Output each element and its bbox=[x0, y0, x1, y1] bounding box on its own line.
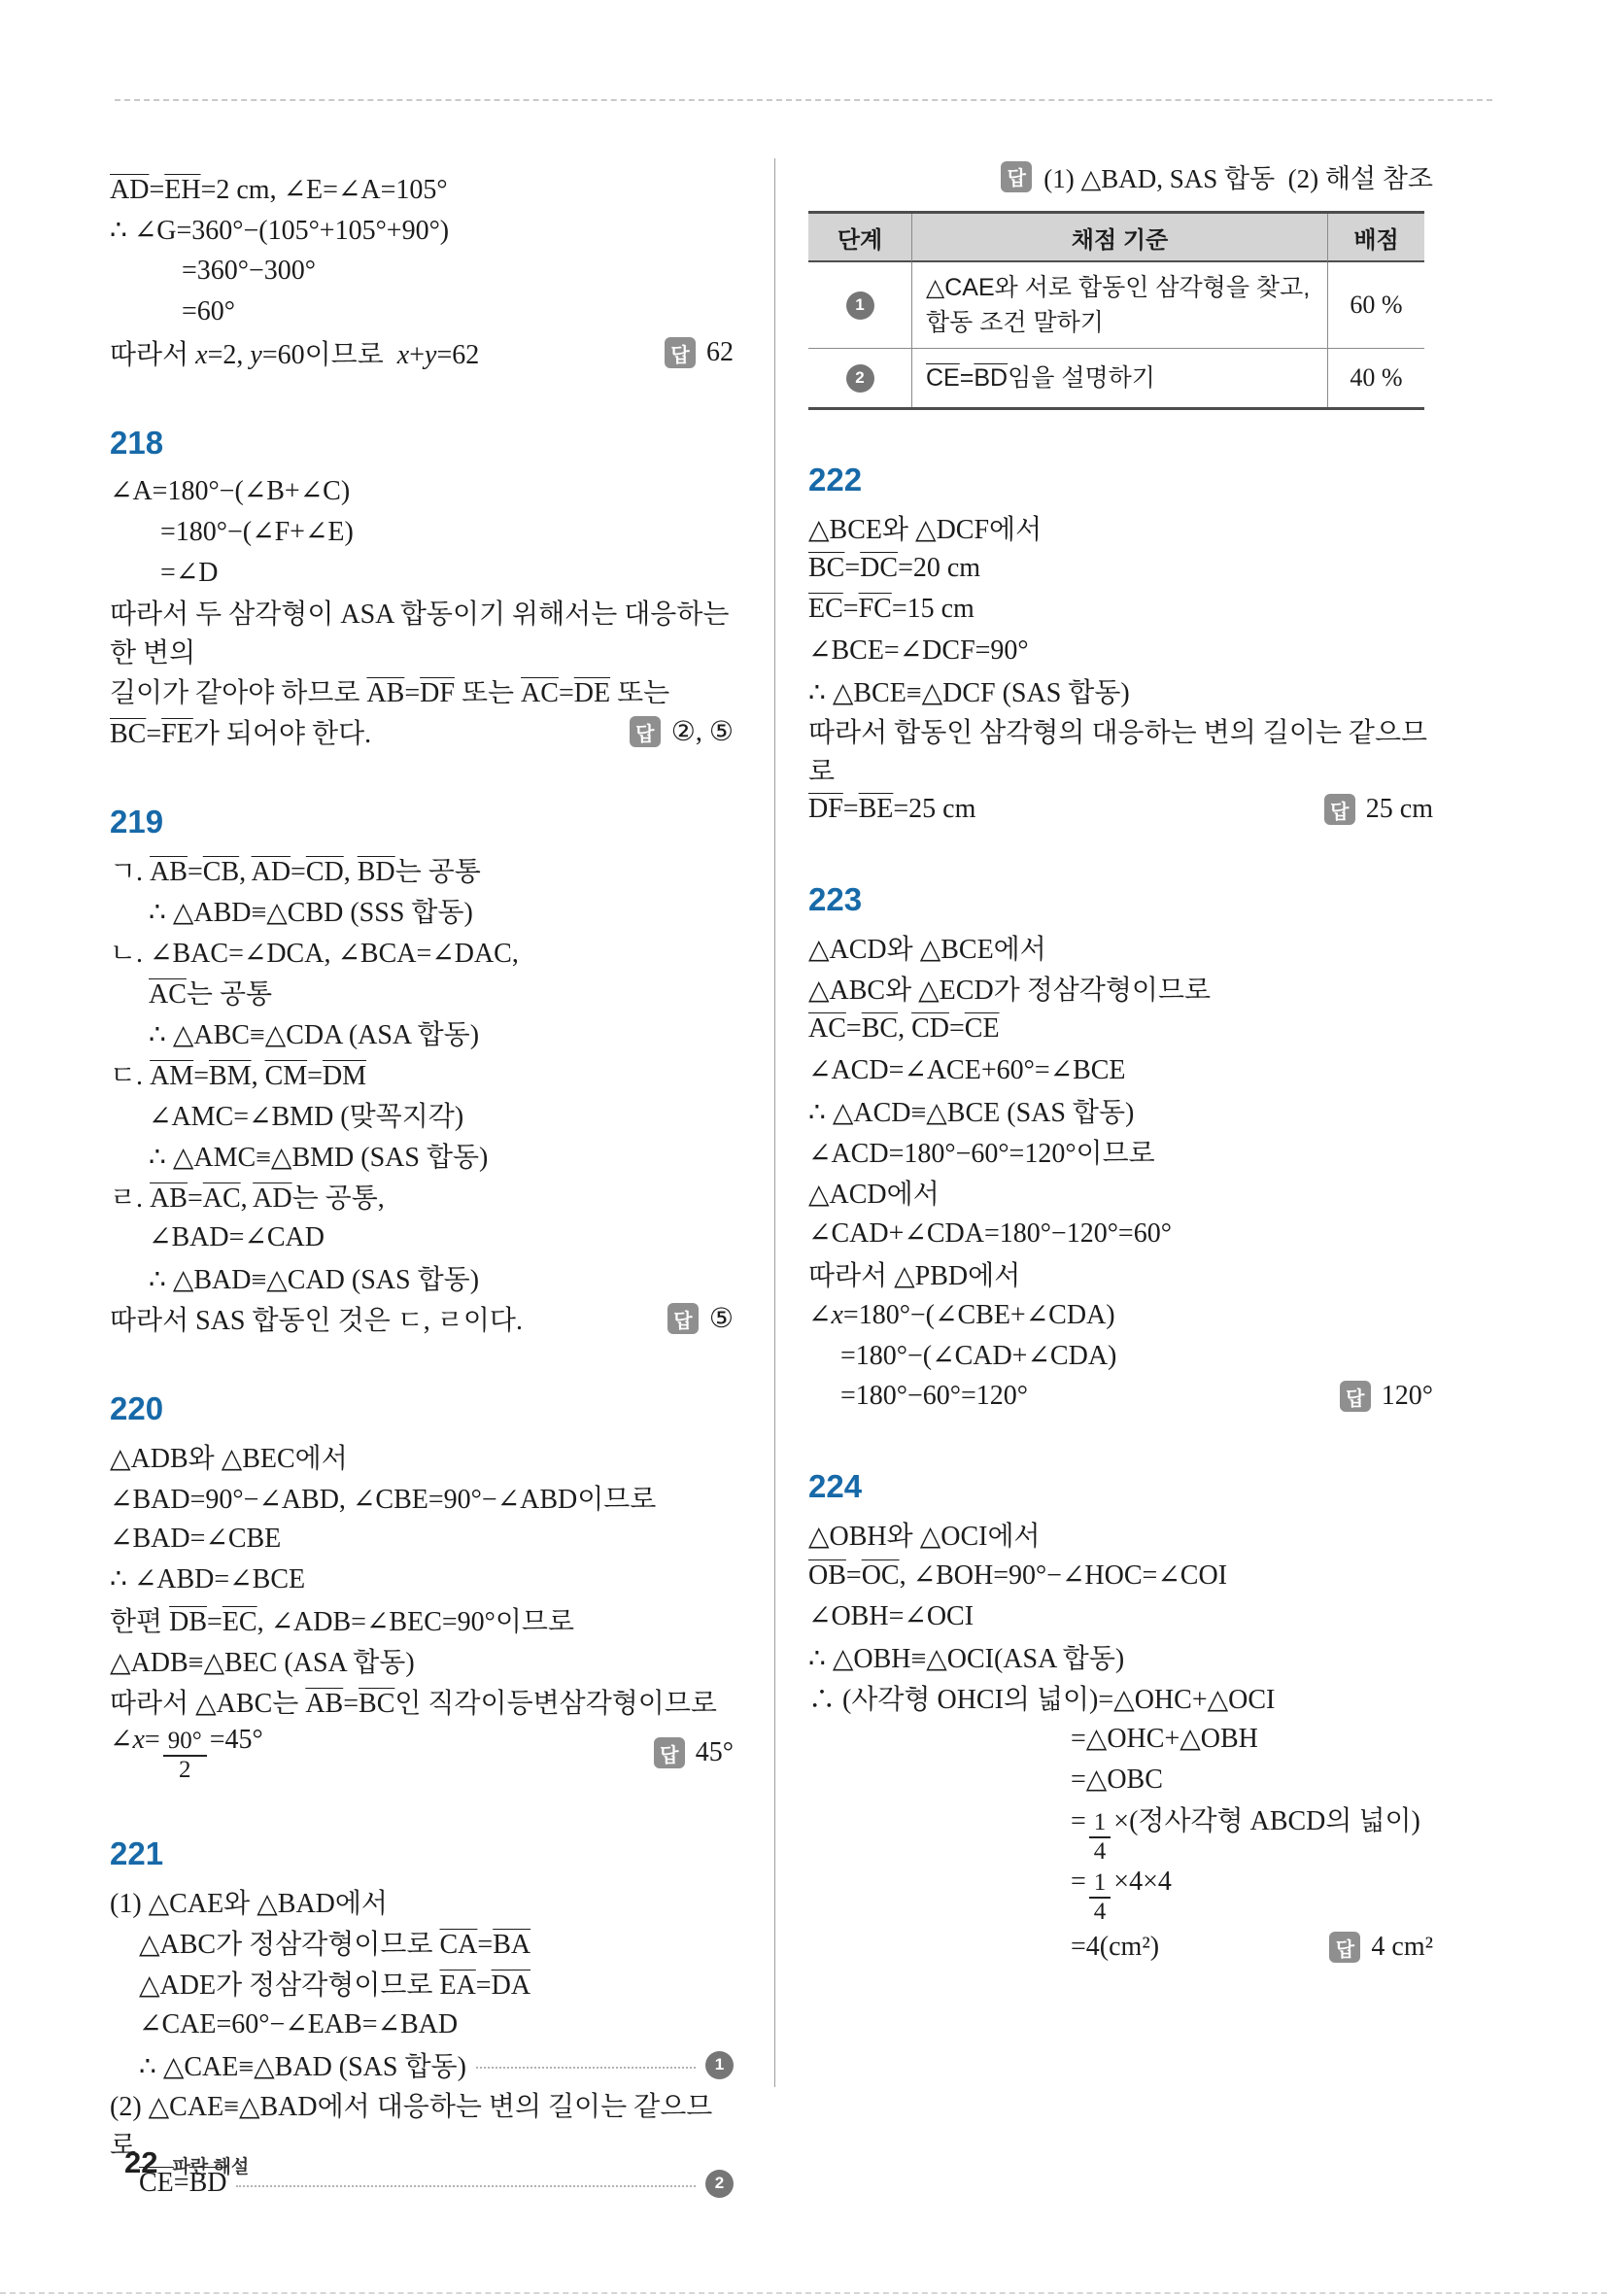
page-footer: 22 파란 해설 bbox=[124, 2145, 249, 2180]
solution-line: =180°−(∠CAD+∠CDA) bbox=[840, 1335, 1433, 1376]
answer: 답4 cm² bbox=[1329, 1932, 1433, 1963]
answer-value: ②, ⑤ bbox=[671, 715, 734, 748]
math-text: ∴ △BCE≡△DCF (SAS 합동) bbox=[808, 671, 1130, 710]
solution-line: ㄷ. AM=BM, CM=DM bbox=[110, 1053, 734, 1094]
overline-segment: BM bbox=[209, 1061, 252, 1091]
answer-value: 45° bbox=[696, 1737, 734, 1768]
math-text: ∠BCE=∠DCF=90° bbox=[808, 634, 1029, 667]
solution-line: ∠A=180°−(∠B+∠C) bbox=[110, 470, 734, 511]
overline-segment: AB bbox=[305, 1689, 343, 1719]
math-text: ∴ △CAE≡△BAD (SAS 합동) bbox=[139, 2045, 466, 2084]
math-text: ∠x=90°2=45° bbox=[110, 1723, 263, 1783]
solution-line: ∴ △ABD≡△CBD (SSS 합동) bbox=[149, 890, 734, 931]
problem-221-answer-line: 답 (1) △BAD, SAS 합동 (2) 해설 참조 bbox=[808, 157, 1433, 195]
math-text: OB=OC, ∠BOH=90°−∠HOC=∠COI bbox=[808, 1559, 1227, 1592]
left-column: AD=EH=2 cm, ∠E=∠A=105°∴ ∠G=360°−(105°+10… bbox=[110, 154, 734, 2204]
math-variable: x bbox=[831, 1300, 842, 1330]
math-text: BC=DC=20 cm bbox=[808, 553, 980, 584]
solution-line: ∴ △BAD≡△CAD (SAS 합동) bbox=[149, 1257, 734, 1298]
math-variable: y bbox=[425, 340, 436, 370]
math-text: △ABC와 △ECD가 정삼각형이므로 bbox=[808, 969, 1211, 1008]
math-text: 길이가 같아야 하므로 AB=DF 또는 AC=DE 또는 bbox=[110, 671, 669, 710]
answer: 답120° bbox=[1340, 1381, 1433, 1412]
solution-line: ∴ ∠ABD=∠BCE bbox=[110, 1559, 734, 1599]
fraction: 14 bbox=[1089, 1809, 1111, 1865]
math-text: ∠BAD=∠CBE bbox=[110, 1522, 281, 1555]
overline-segment: CD bbox=[306, 857, 344, 887]
solution-line: =∠D bbox=[160, 552, 734, 593]
solution-line: 따라서 SAS 합동인 것은 ㄷ, ㄹ이다.답⑤ bbox=[110, 1298, 734, 1339]
math-text: ㄴ. ∠BAC=∠DCA, ∠BCA=∠DAC, bbox=[110, 932, 519, 971]
math-text: ∴ △ACD≡△BCE (SAS 합동) bbox=[808, 1091, 1134, 1130]
overline-segment: AB bbox=[150, 857, 188, 887]
fraction: 90°2 bbox=[163, 1728, 207, 1783]
answer-badge: 답 bbox=[654, 1737, 685, 1768]
overline-segment: CD bbox=[911, 1013, 949, 1044]
overline-segment: BE bbox=[859, 794, 894, 824]
solution-line: EC=FC=15 cm bbox=[808, 589, 1433, 630]
overline-segment: EA bbox=[439, 1970, 475, 2001]
answer-badge: 답 bbox=[1340, 1381, 1371, 1412]
overline-segment: BC bbox=[808, 553, 844, 583]
solution-line: △ABC가 정삼각형이므로 CA=BA bbox=[139, 1922, 734, 1963]
solution-line: =180°−60°=120°답120° bbox=[840, 1376, 1433, 1417]
solution-line: △ADE가 정삼각형이므로 EA=DA bbox=[139, 1963, 734, 2004]
solution-line: ∠x=180°−(∠CBE+∠CDA) bbox=[808, 1294, 1433, 1335]
solution-line: ∠CAD+∠CDA=180°−120°=60° bbox=[808, 1213, 1433, 1253]
solution-line: ∠OBH=∠OCI bbox=[808, 1595, 1433, 1636]
answer-value: 4 cm² bbox=[1371, 1932, 1433, 1963]
answer: 답45° bbox=[654, 1737, 734, 1768]
solution-line: ㄴ. ∠BAC=∠DCA, ∠BCA=∠DAC, bbox=[110, 931, 734, 972]
answer-text: (1) △BAD, SAS 합동 (2) 해설 참조 bbox=[1043, 157, 1433, 195]
overline-segment: AC bbox=[521, 678, 559, 708]
overline-segment: DE bbox=[574, 678, 610, 708]
overline-segment: BD bbox=[358, 857, 395, 887]
solution-line: ∴ (사각형 OHCI의 넓이)=△OHC+△OCI bbox=[808, 1677, 1433, 1718]
column-divider bbox=[774, 158, 775, 2087]
problem-number: 221 bbox=[110, 1833, 734, 1875]
solution-line: 따라서 x=2, y=60이므로 x+y=62답62 bbox=[110, 332, 734, 373]
answer-value: ⑤ bbox=[709, 1302, 734, 1335]
math-text: △BCE와 △DCF에서 bbox=[808, 508, 1042, 547]
solution-line: ∠BAD=∠CBE bbox=[110, 1518, 734, 1559]
solution-line: ∴ △ABC≡△CDA (ASA 합동) bbox=[149, 1012, 734, 1053]
step-marker: 2 bbox=[846, 364, 874, 393]
math-text: ∴ ∠ABD=∠BCE bbox=[110, 1562, 305, 1595]
math-text: 따라서 △ABC는 AB=BC인 직각이등변삼각형이므로 bbox=[110, 1682, 717, 1721]
solution-line: ∠BAD=90°−∠ABD, ∠CBE=90°−∠ABD이므로 bbox=[110, 1477, 734, 1518]
math-text: ㄱ. AB=CB, AD=CD, BD는 공통 bbox=[110, 850, 481, 889]
overline-segment: AD bbox=[252, 857, 291, 887]
solution-line: =180°−(∠F+∠E) bbox=[160, 511, 734, 552]
problem-number: 223 bbox=[808, 878, 1433, 921]
overline-segment: OB bbox=[808, 1560, 846, 1591]
math-text: ∠AMC=∠BMD (맞꼭지각) bbox=[149, 1095, 463, 1134]
answer-value: 25 cm bbox=[1366, 794, 1433, 825]
solution-line: ∠AMC=∠BMD (맞꼭지각) bbox=[149, 1094, 734, 1135]
math-text: 따라서 x=2, y=60이므로 x+y=62 bbox=[110, 333, 479, 372]
solution-line: ㄱ. AB=CB, AD=CD, BD는 공통 bbox=[110, 849, 734, 890]
math-text: =14×4×4 bbox=[1071, 1867, 1172, 1925]
step-marker: 2 bbox=[705, 2170, 734, 2198]
grading-criteria-table: 단계채점 기준배점1△CAE와 서로 합동인 삼각형을 찾고, 합동 조건 말하… bbox=[808, 211, 1424, 410]
overline-segment: BA bbox=[493, 1930, 530, 1960]
table-header-1: 채점 기준 bbox=[911, 214, 1327, 262]
math-text: ∴ (사각형 OHCI의 넓이)=△OHC+△OCI bbox=[808, 1678, 1275, 1717]
math-text: 따라서 합동인 삼각형의 대응하는 변의 길이는 같으므로 bbox=[808, 711, 1433, 789]
answer: 답25 cm bbox=[1324, 794, 1433, 825]
answer-value: 120° bbox=[1382, 1381, 1433, 1412]
math-text: (1) △CAE와 △BAD에서 bbox=[110, 1882, 388, 1921]
overline-segment: DC bbox=[860, 553, 898, 583]
math-text: AC=BC, CD=CE bbox=[808, 1013, 1000, 1045]
overline-segment: AD bbox=[110, 175, 149, 205]
overline-segment: DM bbox=[323, 1061, 366, 1091]
overline-segment: CA bbox=[440, 1930, 478, 1960]
math-text: ∠BAD=∠CAD bbox=[149, 1220, 325, 1253]
table-points-cell: 40 % bbox=[1327, 348, 1424, 407]
math-text: DF=BE=25 cm bbox=[808, 794, 975, 825]
math-text: ∴ △ABC≡△CDA (ASA 합동) bbox=[149, 1013, 479, 1052]
solution-line: △ACD와 △BCE에서 bbox=[808, 927, 1433, 968]
solution-line: △ABC와 △ECD가 정삼각형이므로 bbox=[808, 968, 1433, 1009]
math-text: △ABC가 정삼각형이므로 CA=BA bbox=[139, 1923, 530, 1962]
overline-segment: AC bbox=[149, 979, 187, 1010]
math-text: =△OBC bbox=[1071, 1763, 1163, 1796]
solution-line: ∠BAD=∠CAD bbox=[149, 1217, 734, 1257]
math-text: =180°−(∠F+∠E) bbox=[160, 515, 354, 548]
overline-segment: FE bbox=[161, 719, 193, 749]
overline-segment: AC bbox=[203, 1183, 241, 1214]
math-text: ∴ △OBH≡△OCI(ASA 합동) bbox=[808, 1637, 1124, 1676]
math-text: =180°−60°=120° bbox=[840, 1381, 1028, 1412]
overline-segment: AD bbox=[253, 1183, 291, 1214]
solution-line: ∠x=90°2=45°답45° bbox=[110, 1722, 734, 1784]
solution-line: △ADB와 △BEC에서 bbox=[110, 1436, 734, 1477]
solution-line: 따라서 △ABC는 AB=BC인 직각이등변삼각형이므로 bbox=[110, 1681, 734, 1722]
overline-segment: DF bbox=[420, 678, 455, 708]
solution-line: ㄹ. AB=AC, AD는 공통, bbox=[110, 1176, 734, 1217]
math-text: ∠BAD=90°−∠ABD, ∠CBE=90°−∠ABD이므로 bbox=[110, 1478, 656, 1517]
problem-number: 218 bbox=[110, 422, 734, 464]
problem-number: 222 bbox=[808, 459, 1433, 501]
solution-line: OB=OC, ∠BOH=90°−∠HOC=∠COI bbox=[808, 1555, 1433, 1595]
math-text: =14×(정사각형 ABCD의 넓이) bbox=[1071, 1799, 1420, 1865]
overline-segment: FC bbox=[859, 594, 892, 624]
table-criteria-cell: △CAE와 서로 합동인 삼각형을 찾고, 합동 조건 말하기 bbox=[911, 262, 1327, 348]
math-text: ㄷ. AM=BM, CM=DM bbox=[110, 1054, 366, 1093]
fraction: 14 bbox=[1089, 1869, 1111, 1925]
table-step-cell: 1 bbox=[808, 262, 911, 348]
textbook-solutions-page: { "labels": { "answer_badge": "답" }, "ac… bbox=[0, 0, 1607, 2296]
answer-badge: 답 bbox=[1324, 794, 1355, 825]
solution-line: △ADB≡△BEC (ASA 합동) bbox=[110, 1640, 734, 1681]
math-variable: x bbox=[132, 1725, 144, 1755]
solution-line: BC=DC=20 cm bbox=[808, 548, 1433, 589]
solution-line: =360°−300° bbox=[182, 251, 734, 291]
problem-number: 224 bbox=[808, 1465, 1433, 1508]
overline-segment: OC bbox=[862, 1560, 900, 1591]
page-number: 22 bbox=[124, 2145, 157, 2180]
top-dashed-rule bbox=[115, 99, 1492, 101]
math-text: ∴ △BAD≡△CAD (SAS 합동) bbox=[149, 1258, 479, 1297]
solution-line: 따라서 두 삼각형이 ASA 합동이기 위해서는 대응하는 한 변의 bbox=[110, 593, 734, 670]
math-text: △ACD에서 bbox=[808, 1173, 940, 1212]
solution-line: DF=BE=25 cm답25 cm bbox=[808, 789, 1433, 830]
solution-line: 따라서 합동인 삼각형의 대응하는 변의 길이는 같으므로 bbox=[808, 711, 1433, 789]
overline-segment: CB bbox=[203, 857, 239, 887]
math-variable: y bbox=[250, 340, 261, 370]
solution-line: 길이가 같아야 하므로 AB=DF 또는 AC=DE 또는 bbox=[110, 670, 734, 711]
table-points-cell: 60 % bbox=[1327, 262, 1424, 348]
solution-line: ∴ △CAE≡△BAD (SAS 합동)1 bbox=[139, 2044, 734, 2085]
table-step-cell: 2 bbox=[808, 348, 911, 407]
math-text: ∠ACD=180°−60°=120°이므로 bbox=[808, 1132, 1155, 1171]
math-text: =180°−(∠CAD+∠CDA) bbox=[840, 1339, 1116, 1372]
answer: 답②, ⑤ bbox=[630, 715, 734, 748]
solution-line: =14×4×4 bbox=[1071, 1865, 1433, 1927]
math-text: 따라서 △PBD에서 bbox=[808, 1254, 1020, 1293]
table-header-0: 단계 bbox=[808, 214, 911, 262]
math-text: ∴ ∠G=360°−(105°+105°+90°) bbox=[110, 214, 449, 247]
overline-segment: DB bbox=[169, 1607, 207, 1637]
bottom-dashed-rule bbox=[0, 2292, 1607, 2294]
overline-segment: AB bbox=[366, 678, 404, 708]
answer: 답⑤ bbox=[667, 1302, 734, 1335]
overline-segment: DA bbox=[492, 1970, 530, 2001]
overline-segment: BC bbox=[359, 1689, 394, 1719]
solution-line: AC=BC, CD=CE bbox=[808, 1009, 1433, 1049]
math-text: ∠x=180°−(∠CBE+∠CDA) bbox=[808, 1298, 1115, 1331]
solution-line: 한편 DB=EC, ∠ADB=∠BEC=90°이므로 bbox=[110, 1599, 734, 1640]
math-text: BC=FE가 되어야 한다. bbox=[110, 712, 371, 751]
math-text: 한편 DB=EC, ∠ADB=∠BEC=90°이므로 bbox=[110, 1600, 574, 1639]
math-variable: x bbox=[195, 340, 207, 370]
solution-line: ∴ △BCE≡△DCF (SAS 합동) bbox=[808, 670, 1433, 711]
math-text: 따라서 두 삼각형이 ASA 합동이기 위해서는 대응하는 한 변의 bbox=[110, 593, 734, 670]
math-text: △ADB와 △BEC에서 bbox=[110, 1437, 348, 1476]
solution-line: AD=EH=2 cm, ∠E=∠A=105° bbox=[110, 169, 734, 210]
math-text: =60° bbox=[182, 296, 235, 327]
overline-segment: AM bbox=[150, 1061, 193, 1091]
math-text: ∠CAD+∠CDA=180°−120°=60° bbox=[808, 1217, 1172, 1250]
overline-segment: BC bbox=[110, 719, 146, 749]
solution-line: △OBH와 △OCI에서 bbox=[808, 1514, 1433, 1555]
overline-segment: CE bbox=[926, 360, 960, 395]
math-text: ∴ △ABD≡△CBD (SSS 합동) bbox=[149, 891, 473, 930]
solution-line: △BCE와 △DCF에서 bbox=[808, 507, 1433, 548]
step-marker: 1 bbox=[705, 2051, 734, 2079]
math-text: =360°−300° bbox=[182, 256, 316, 287]
solution-line: BC=FE가 되어야 한다.답②, ⑤ bbox=[110, 711, 734, 752]
solution-line: ∠BCE=∠DCF=90° bbox=[808, 630, 1433, 670]
math-variable: x bbox=[397, 340, 409, 370]
answer-badge: 답 bbox=[630, 716, 661, 747]
overline-segment: AB bbox=[150, 1183, 188, 1214]
solution-line: △ACD에서 bbox=[808, 1172, 1433, 1213]
math-text: ㄹ. AB=AC, AD는 공통, bbox=[110, 1177, 385, 1216]
solution-line: ∴ △OBH≡△OCI(ASA 합동) bbox=[808, 1636, 1433, 1677]
solution-line: (1) △CAE와 △BAD에서 bbox=[110, 1881, 734, 1922]
solution-line: 따라서 △PBD에서 bbox=[808, 1253, 1433, 1294]
solution-line: AC는 공통 bbox=[149, 972, 734, 1012]
overline-segment: CE bbox=[965, 1013, 1000, 1044]
math-text: AC는 공통 bbox=[149, 973, 272, 1011]
math-text: 따라서 SAS 합동인 것은 ㄷ, ㄹ이다. bbox=[110, 1299, 523, 1338]
answer-value: 62 bbox=[706, 337, 734, 368]
math-text: ∴ △AMC≡△BMD (SAS 합동) bbox=[149, 1136, 488, 1175]
overline-segment: EC bbox=[222, 1607, 257, 1637]
math-text: △ADB≡△BEC (ASA 합동) bbox=[110, 1641, 415, 1680]
dotted-leader bbox=[476, 2067, 696, 2069]
solution-line: =△OHC+△OBH bbox=[1071, 1718, 1433, 1759]
solution-line: ∠CAE=60°−∠EAB=∠BAD bbox=[139, 2004, 734, 2044]
math-text: ∠A=180°−(∠B+∠C) bbox=[110, 474, 350, 507]
answer-badge: 답 bbox=[665, 337, 696, 368]
overline-segment: CM bbox=[265, 1061, 308, 1091]
solution-line: =△OBC bbox=[1071, 1759, 1433, 1799]
math-text: =∠D bbox=[160, 556, 218, 589]
math-text: ∠CAE=60°−∠EAB=∠BAD bbox=[139, 2007, 458, 2040]
math-text: △OBH와 △OCI에서 bbox=[808, 1515, 1041, 1554]
overline-segment: AC bbox=[808, 1013, 846, 1044]
solution-line: =14×(정사각형 ABCD의 넓이) bbox=[1071, 1799, 1433, 1865]
math-text: =△OHC+△OBH bbox=[1071, 1722, 1258, 1755]
math-text: ∠ACD=∠ACE+60°=∠BCE bbox=[808, 1053, 1126, 1086]
math-text: EC=FC=15 cm bbox=[808, 594, 974, 625]
right-solution-blocks: 222△BCE와 △DCF에서BC=DC=20 cmEC=FC=15 cm∠BC… bbox=[808, 459, 1433, 1968]
math-text: △ADE가 정삼각형이므로 EA=DA bbox=[139, 1964, 530, 2003]
problem-number: 220 bbox=[110, 1388, 734, 1430]
overline-segment: EH bbox=[164, 175, 200, 205]
answer-badge: 답 bbox=[1001, 161, 1032, 192]
solution-line: ∴ △AMC≡△BMD (SAS 합동) bbox=[149, 1135, 734, 1176]
overline-segment: BC bbox=[862, 1013, 898, 1044]
solution-line: =4(cm²)답4 cm² bbox=[1071, 1927, 1433, 1968]
answer: 답62 bbox=[665, 337, 734, 368]
right-column: 답 (1) △BAD, SAS 합동 (2) 해설 참조 단계채점 기준배점1△… bbox=[808, 154, 1433, 1968]
book-label: 파란 해설 bbox=[172, 2152, 249, 2178]
table-criteria-cell: CE=BD임을 설명하기 bbox=[911, 348, 1327, 407]
math-text: △ACD와 △BCE에서 bbox=[808, 928, 1046, 967]
step-marker: 1 bbox=[846, 291, 874, 320]
solution-line: ∠ACD=180°−60°=120°이므로 bbox=[808, 1131, 1433, 1172]
math-text: AD=EH=2 cm, ∠E=∠A=105° bbox=[110, 173, 448, 206]
answer-badge: 답 bbox=[667, 1303, 699, 1334]
overline-segment: BD bbox=[974, 360, 1008, 395]
overline-segment: DF bbox=[808, 794, 843, 824]
problem-number: 219 bbox=[110, 801, 734, 843]
math-text: =4(cm²) bbox=[1071, 1932, 1159, 1963]
overline-segment: EC bbox=[808, 594, 843, 624]
table-header-2: 배점 bbox=[1327, 214, 1424, 262]
solution-line: ∠ACD=∠ACE+60°=∠BCE bbox=[808, 1049, 1433, 1090]
solution-line: =60° bbox=[182, 291, 734, 332]
solution-line: ∴ △ACD≡△BCE (SAS 합동) bbox=[808, 1090, 1433, 1131]
answer-badge: 답 bbox=[1329, 1932, 1360, 1963]
solution-line: ∴ ∠G=360°−(105°+105°+90°) bbox=[110, 210, 734, 251]
math-text: ∠OBH=∠OCI bbox=[808, 1599, 974, 1632]
dotted-leader bbox=[236, 2185, 696, 2187]
